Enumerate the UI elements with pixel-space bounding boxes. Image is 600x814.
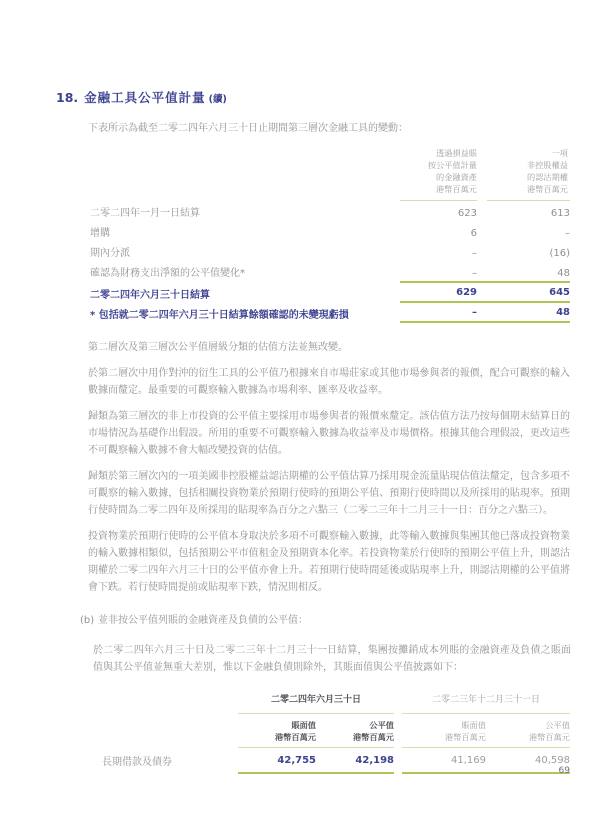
- section-title: 金融工具公平值計量: [84, 88, 206, 106]
- item-title: 並非按公平值列賬的金融資產及負債的公平值：: [98, 612, 308, 629]
- period-header-2023: 二零二三年十二月三十一日: [402, 692, 570, 714]
- column-header-fair-2023: 公平值 港幣百萬元: [486, 719, 570, 743]
- cell-value: 629: [400, 283, 477, 301]
- paragraph: 第二層次及第三層次公平值層級分類的估值方法並無改變。: [88, 339, 570, 356]
- cell-value: 613: [487, 205, 570, 221]
- period-header-row: 二零二四年六月三十日 二零二三年十二月三十一日: [100, 692, 570, 714]
- column-header-row: 賬面值 港幣百萬元 公平值 港幣百萬元 賬面值 港幣百萬元 公平值 港幣百萬元: [100, 719, 570, 748]
- table-total-row: 二零二四年六月三十日結算 629 645: [88, 281, 570, 303]
- cell-value: 645: [487, 283, 570, 301]
- intro-text: 下表所示為截至二零二四年六月三十日止期間第三層次金融工具的變動：: [88, 120, 570, 137]
- table-footnote-row: * 包括就二零二四年六月三十日結算餘額確認的未變現虧損 – 48: [88, 303, 570, 323]
- cell-value: –: [400, 245, 477, 261]
- cell-value: 42,198: [316, 748, 394, 772]
- paragraph: 投資物業於預期行使時的公平值本身取決於多項不可觀察輸入數據，此等輸入數據與集團其…: [88, 528, 570, 596]
- row-label: 長期借款及債券: [100, 750, 238, 774]
- column-header-fvtpl-assets: 透過損益賬 按公平值計量 的金融資產 港幣百萬元: [400, 147, 477, 201]
- level3-movement-table: 透過損益賬 按公平值計量 的金融資產 港幣百萬元 一項 非控股權益 的認沽期權 …: [88, 147, 570, 323]
- table-row: 二零二四年一月一日結算 623 613: [88, 201, 570, 221]
- row-label: 增購: [88, 221, 400, 241]
- section-heading: 18. 金融工具公平值計量 (續): [56, 88, 570, 106]
- cell-value: –: [487, 225, 570, 241]
- row-label: 二零二四年一月一日結算: [88, 201, 400, 221]
- period-header-2024: 二零二四年六月三十日: [238, 692, 394, 714]
- document-page: 18. 金融工具公平值計量 (續) 下表所示為截至二零二四年六月三十日止期間第三…: [0, 0, 600, 814]
- column-header-fair-2024: 公平值 港幣百萬元: [316, 719, 394, 743]
- row-label: 確認為財務支出淨額的公平值變化*: [88, 261, 400, 281]
- cell-value: 6: [400, 225, 477, 241]
- cell-value: –: [400, 265, 477, 281]
- row-label: 期內分派: [88, 241, 400, 261]
- table-header-row: 透過損益賬 按公平值計量 的金融資產 港幣百萬元 一項 非控股權益 的認沽期權 …: [88, 147, 570, 201]
- carrying-fair-value-table: 二零二四年六月三十日 二零二三年十二月三十一日 賬面值 港幣百萬元 公平值 港幣…: [100, 692, 570, 774]
- continued-marker: (續): [209, 91, 227, 105]
- paragraph: 於第二層次中用作對沖的衍生工具的公平值乃根據來自市場莊家或其他市場參與者的報價，…: [88, 365, 570, 399]
- table-row: 期內分派 – (16): [88, 241, 570, 261]
- cell-value: 41,169: [402, 748, 486, 772]
- section-b: (b) 並非按公平值列賬的金融資產及負債的公平值： 於二零二四年六月三十日及二零…: [80, 612, 570, 774]
- cell-value: 48: [487, 303, 570, 321]
- cell-value: 623: [400, 205, 477, 221]
- table-row: 確認為財務支出淨額的公平值變化* – 48: [88, 261, 570, 281]
- cell-value: 40,598: [486, 748, 570, 772]
- cell-value: –: [400, 303, 477, 321]
- cell-value: 48: [487, 265, 570, 281]
- row-label: * 包括就二零二四年六月三十日結算餘額確認的未變現虧損: [88, 303, 400, 323]
- item-label: (b): [80, 612, 98, 629]
- paragraph: 歸類於第三層次內的一項美國非控股權益認沽期權的公平值估算乃採用現金流量貼現估值法…: [88, 468, 570, 519]
- page-number: 69: [559, 766, 570, 776]
- table-row: 長期借款及債券 42,755 42,198 41,169 40,598: [100, 748, 570, 774]
- row-label: 二零二四年六月三十日結算: [88, 283, 400, 303]
- column-header-carrying-2024: 賬面值 港幣百萬元: [238, 719, 316, 743]
- paragraph: 歸類為第三層次的非上市投資的公平值主要採用市場參與者的報價來釐定。該估值方法乃按…: [88, 408, 570, 459]
- cell-value: (16): [487, 245, 570, 261]
- paragraph: 於二零二四年六月三十日及二零二三年十二月三十一日結算，集團按攤銷成本列賬的金融資…: [93, 642, 571, 676]
- column-header-put-option: 一項 非控股權益 的認沽期權 港幣百萬元: [487, 147, 570, 201]
- cell-value: 42,755: [238, 748, 316, 772]
- section-number: 18.: [56, 90, 78, 105]
- column-header-carrying-2023: 賬面值 港幣百萬元: [402, 719, 486, 743]
- table-row: 增購 6 –: [88, 221, 570, 241]
